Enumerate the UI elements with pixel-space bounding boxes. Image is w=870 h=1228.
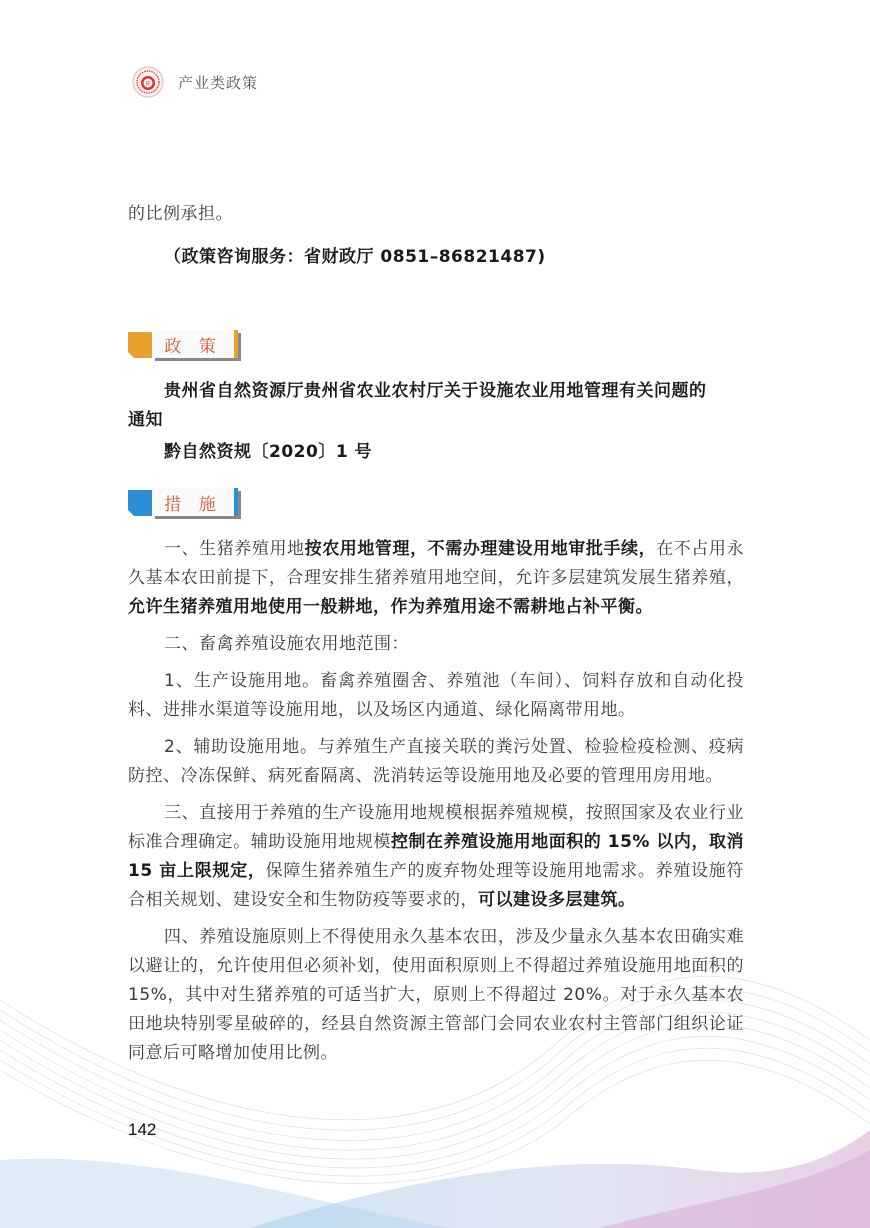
measure-item-6: 四、养殖设施原则上不得使用永久基本农田，涉及少量永久基本农田确实难以避让的，允许…	[128, 923, 744, 1068]
page-number: 142	[128, 1120, 156, 1140]
page-header: IF 产业类政策	[132, 66, 258, 98]
measure-item-2: 二、畜禽养殖设施农用地范围：	[128, 630, 744, 659]
measure-text-emphasis: 按农用地管理，不需办理建设用地审批手续，	[305, 539, 657, 559]
policy-badge-label: 政 策	[152, 330, 238, 358]
circular-red-emblem-icon: IF	[132, 66, 164, 98]
policy-title-line2: 通知	[128, 406, 163, 435]
measure-text: 二、畜禽养殖设施农用地范围：	[164, 634, 409, 654]
measure-text: 四、养殖设施原则上不得使用永久基本农田，涉及少量永久基本农田确实难以避让的，允许…	[128, 927, 744, 1063]
policy-title-line1: 贵州省自然资源厅贵州省农业农村厅关于设施农业用地管理有关问题的	[164, 377, 764, 406]
measure-item-3: 1、生产设施用地。畜禽养殖圈舍、养殖池（车间）、饲料存放和自动化投料、进排水渠道…	[128, 667, 744, 725]
measures-list: 一、生猪养殖用地按农用地管理，不需办理建设用地审批手续，在不占用永久基本农田前提…	[128, 535, 744, 1068]
section-category-title: 产业类政策	[178, 72, 258, 93]
badge-tab-shape	[128, 490, 154, 516]
measure-item-4: 2、辅助设施用地。与养殖生产直接关联的粪污处置、检验检疫检测、疫病防控、冷冻保鲜…	[128, 733, 744, 791]
measure-text-emphasis: 可以建设多层建筑。	[478, 890, 636, 910]
contact-line: （政策咨询服务：省财政厅 0851–86821487)	[164, 243, 546, 272]
badge-tab-shape	[128, 332, 154, 358]
svg-text:IF: IF	[145, 81, 151, 88]
policy-doc-number: 黔自然资规〔2020〕1 号	[164, 438, 372, 467]
measure-text: 1、生产设施用地。畜禽养殖圈舍、养殖池（车间）、饲料存放和自动化投料、进排水渠道…	[128, 671, 744, 720]
measures-badge-label: 措 施	[152, 488, 238, 516]
measure-text: 2、辅助设施用地。与养殖生产直接关联的粪污处置、检验检疫检测、疫病防控、冷冻保鲜…	[128, 737, 744, 786]
measures-section-badge: 措 施	[128, 488, 236, 516]
policy-section-badge: 政 策	[128, 330, 236, 358]
carryover-text: 的比例承担。	[128, 200, 233, 229]
measure-text: 一、生猪养殖用地	[164, 539, 305, 559]
measure-item-1: 一、生猪养殖用地按农用地管理，不需办理建设用地审批手续，在不占用永久基本农田前提…	[128, 535, 744, 622]
measure-item-5: 三、直接用于养殖的生产设施用地规模根据养殖规模，按照国家及农业行业标准合理确定。…	[128, 799, 744, 915]
measure-text-emphasis: 允许生猪养殖用地使用一般耕地，作为养殖用途不需耕地占补平衡。	[128, 597, 653, 617]
